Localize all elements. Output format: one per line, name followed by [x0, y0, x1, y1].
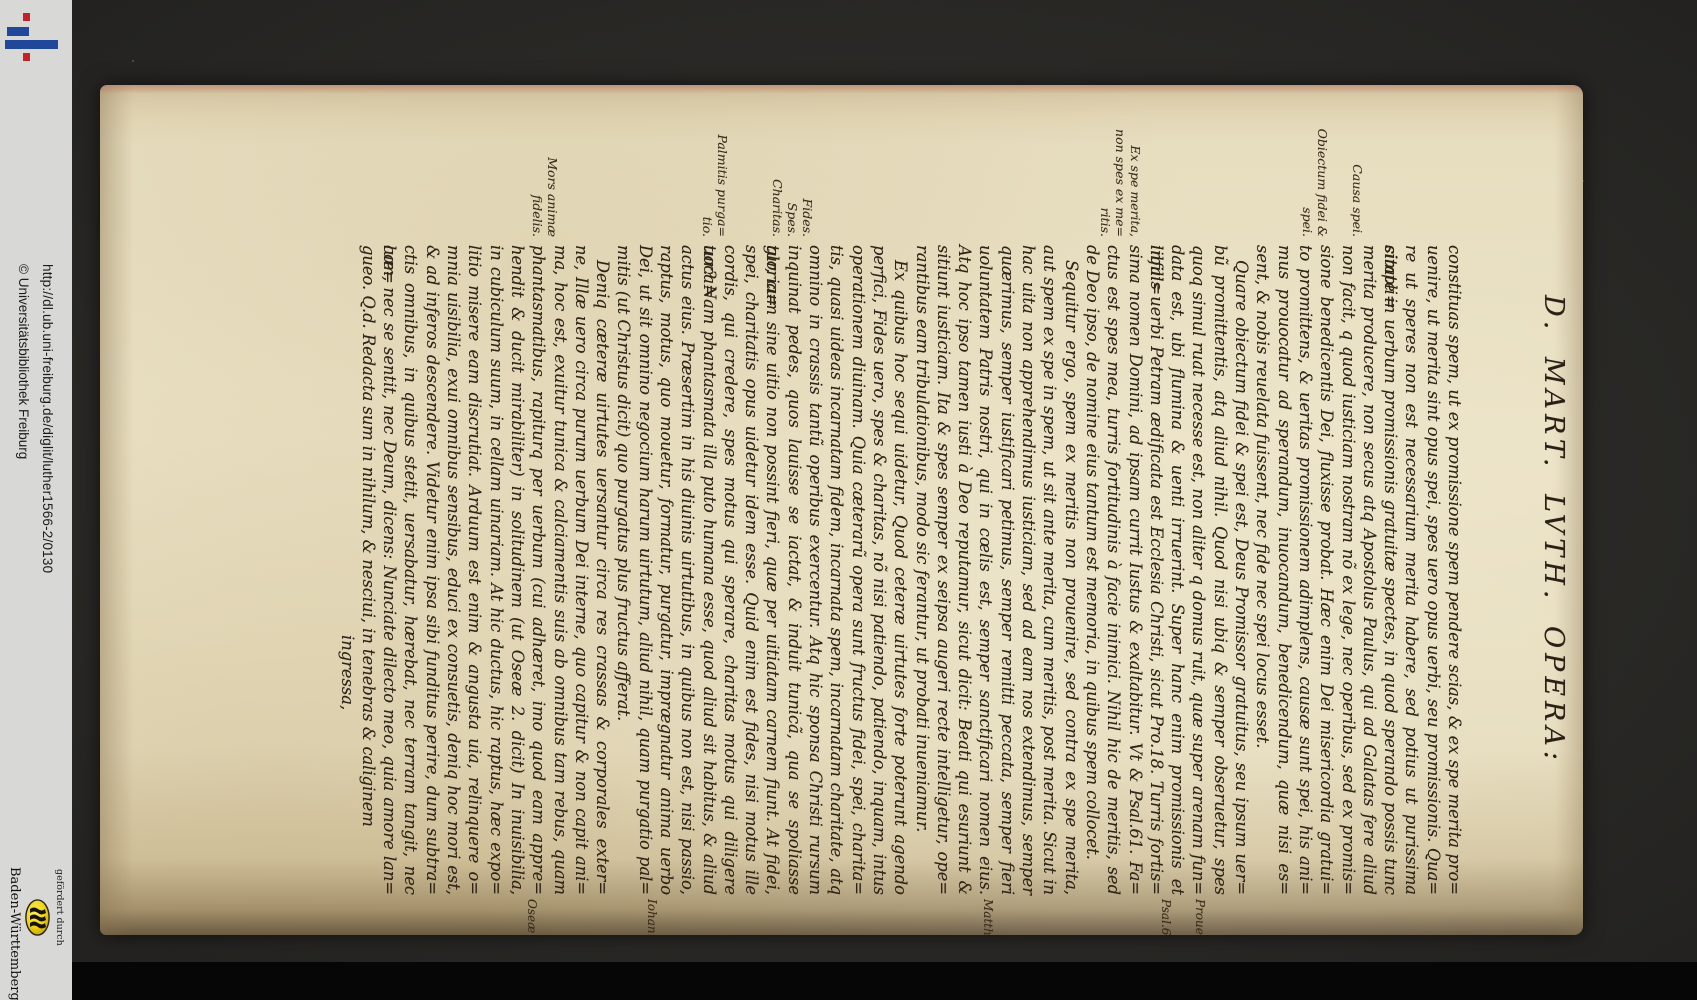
text-line: Quare obiectum fidei & spei est, Deus Pr…	[1231, 245, 1252, 895]
funder-name-text: Baden-Württemberg	[7, 867, 22, 1000]
text-line: re ut speres non est necessarium merita …	[1401, 245, 1422, 895]
logo-red-square-bottom	[23, 53, 30, 61]
text-line: merita producere, non secus atq Apostolu…	[1359, 245, 1380, 895]
dust-specks	[72, 0, 74, 2]
text-line: Sequitur ergo, spem ex meritis non proue…	[1060, 245, 1081, 895]
text-line: & ad inferos descendere. Videtur enim ip…	[421, 245, 442, 895]
source-url-text: http://dl.ub.uni-freiburg.de/diglit/luth…	[40, 264, 55, 573]
text-line: sent, & nobis reuelata fuissent, nec fid…	[1252, 245, 1273, 895]
ub-freiburg-logo-icon	[0, 0, 72, 70]
text-line: Atq hoc ipso tamen iusti à Deo reputamur…	[954, 245, 975, 895]
text-line: libilis uerbi Petram ædificata est Eccle…	[1146, 245, 1167, 895]
copyright-text: © Universitätsbibliothek Freiburg	[16, 264, 31, 459]
text-line: uenire, ut merita sint opus spei, spes u…	[1422, 245, 1443, 895]
text-line: quærimus, semper iustificari petimus, se…	[996, 245, 1017, 895]
text-line: to promittens, & ueritas promissionem ad…	[1295, 245, 1316, 895]
page-header: D. MART. LVTH. OPERA:	[1538, 205, 1569, 855]
baden-wuerttemberg-coat-of-arms-icon	[25, 899, 50, 936]
scripture-ref: Oseæ 2.	[525, 899, 539, 935]
text-line: in cubiculum suum, in cellam uinariam. A…	[485, 245, 506, 895]
text-line: lum, nec se sentit, nec Deum, dicens: Nu…	[379, 245, 400, 895]
text-line: hendit & ducit mirabiliter) in solitudin…	[507, 245, 528, 895]
margin-note: Fides.Spes.Charitas.	[770, 111, 815, 237]
text-line: perfici, Fides uero, spes & charitas, nõ…	[869, 245, 890, 895]
scanned-book-page: D. MART. LVTH. OPERA: constituas spem, u…	[100, 85, 1583, 935]
text-line: sitiunt iusticiam. Ita & spes semper ex …	[933, 245, 954, 895]
text-line: de Deo ipso, de nomine eius tantum est m…	[1082, 245, 1103, 895]
text-line: tis, quasi uideas incarnatam fidem, inca…	[826, 245, 847, 895]
text-line: tur, cum sine uitio non possint fieri, q…	[762, 245, 783, 895]
text-line: ctus est spes mea, turris fortitudinis à…	[1103, 245, 1124, 895]
margin-note: Mors animæfidelis.	[530, 111, 560, 237]
logo-blue-bar-long	[5, 40, 58, 49]
body-text: constituas spem, ut ex promissione spem …	[336, 245, 1465, 895]
text-line: operationem diuinam. Quia cæterarũ opera…	[847, 245, 868, 895]
text-line: aut spem ex spe in spem, ut sit ante mer…	[1039, 245, 1060, 895]
rotated-page-content: D. MART. LVTH. OPERA: constituas spem, u…	[100, 85, 1583, 935]
text-line: citate in uerbum promissionis gratuitæ s…	[1380, 245, 1401, 895]
scripture-ref: Psal.61.	[1159, 899, 1173, 935]
text-line: sima nomen Domini, ad ipsam currit Iustu…	[1124, 245, 1145, 895]
funder-label-text: gefördert durch	[54, 869, 65, 946]
text-line: actus eius. Præsertim in his diuinis uir…	[677, 245, 698, 895]
text-line: quoq simul ruat necesse est, non aliter …	[1188, 245, 1209, 895]
text-line: gueo. Q.d. Redacta sum in nihilum, & nes…	[358, 245, 379, 895]
text-line: Ex quibus hoc sequi uidetur, Quod ceteræ…	[890, 245, 911, 895]
text-line: Deniq cæteræ uirtutes uersantur circa re…	[592, 245, 613, 895]
text-line: bũ promittentis, atq aliud nihil. Quod n…	[1209, 245, 1230, 895]
text-line: ma, hoc est, exuitur tunica & calciament…	[549, 245, 570, 895]
text-line: inquinat pedes, quos lauisse se iactat, …	[784, 245, 805, 895]
library-sidebar: http://dl.ub.uni-freiburg.de/diglit/luth…	[0, 0, 72, 1000]
margin-note: Ex spe merita,non spes ex me=ritis.	[1098, 111, 1143, 237]
margin-note: Causa spei.	[1350, 111, 1365, 237]
text-line: Dei, ut sit omnino negocium harum uirtut…	[634, 245, 655, 895]
text-line: phantasmatibus, rapiturq per uerbum (cui…	[528, 245, 549, 895]
scripture-ref: Prouerb.18.	[1193, 899, 1207, 935]
text-line: mitis (ut Christus dicit) quo purgatus p…	[613, 245, 634, 895]
text-line: raptus, motus, quo mouetur, formatur, pu…	[656, 245, 677, 895]
text-line: ne, Illæ uero circa purum uerbum Dei int…	[571, 245, 592, 895]
bottom-black-band	[72, 962, 1697, 1000]
text-line: uoluntatem Patris nostri, qui in cœlis e…	[975, 245, 996, 895]
scripture-ref: Iohan.15.	[645, 899, 659, 935]
text-line: omnino in crassis tantũ operibus exercen…	[805, 245, 826, 895]
text-line: cordis, qui credere, spes motus qui sper…	[720, 245, 741, 895]
text-line: ctis omnibus, in quibus stetit, uersabat…	[400, 245, 421, 895]
logo-red-square-top	[23, 13, 30, 21]
text-line: data est, ubi flumina & uenti irruerint.…	[1167, 245, 1188, 895]
text-line: rantibus eam tribulationibus, modo sic f…	[911, 245, 932, 895]
logo-blue-bar-short	[7, 27, 29, 36]
text-line: sione benedicentis Dei, fluxisse probat.…	[1316, 245, 1337, 895]
catchword: ingressa,	[336, 245, 357, 895]
text-line: non facit, q quod iusticiam nostram nõ e…	[1337, 245, 1358, 895]
text-line: litio misere eam discrutiat. Arduum est …	[464, 245, 485, 895]
text-line: hac uita non apprehendimus iusticiam, se…	[1018, 245, 1039, 895]
text-line: tur? Nam phantasmata illa puto humana es…	[698, 245, 719, 895]
text-line: mnia uisibilia, exui omnibus sensibus, e…	[443, 245, 464, 895]
margin-note: Obiectum fidei &spei.	[1300, 111, 1330, 237]
text-line: constituas spem, ut ex promissione spem …	[1444, 245, 1465, 895]
scripture-ref: Matth.5.	[981, 899, 995, 935]
text-line: spei, charitatis opus uidetur idem esse.…	[741, 245, 762, 895]
margin-note: Palmitis purga=tio.	[700, 111, 730, 237]
text-line: mus prouocatur ad sperandum, inuocandum,…	[1273, 245, 1294, 895]
